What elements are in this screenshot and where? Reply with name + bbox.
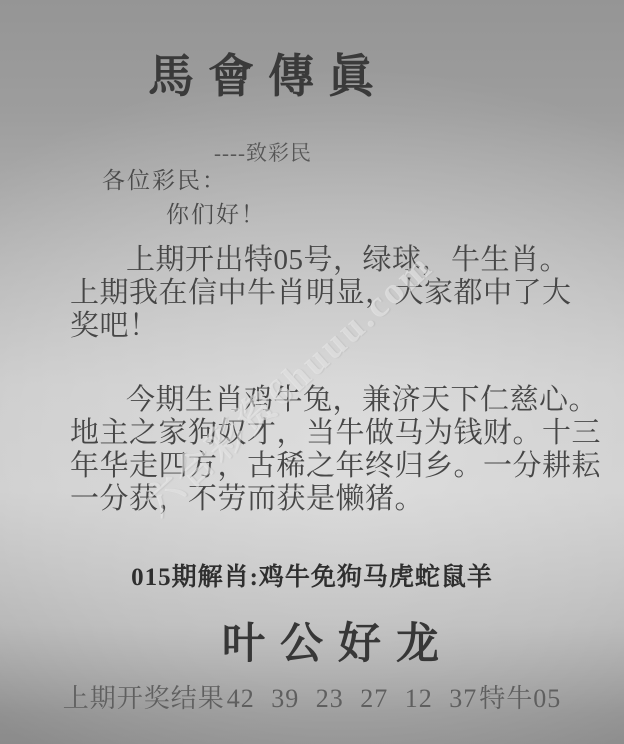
paragraph-line: 上期开出特05号，绿球，牛生肖。 [70,244,622,277]
paragraph-line: 地主之家狗奴才，当牛做马为钱财。十三 [70,417,622,450]
salutation-line: 各位彩民： [102,162,227,195]
last-draw-result-line: 上期开奖结果42 39 23 27 12 37特牛05 [0,678,624,715]
paragraph-line: 今期生肖鸡牛兔，兼济天下仁慈心。 [70,384,622,417]
page-title: 馬會傳眞 [0,40,580,106]
dedication-line: ----致彩民 [214,137,312,167]
idiom-line: 叶公好龙 [26,610,624,671]
fax-document-page: 馬會傳眞 ----致彩民 各位彩民： 你们好！ 上期开出特05号，绿球，牛生肖。… [0,0,624,744]
result-numbers: 42 39 23 27 12 37 [227,684,478,713]
result-special: 特牛05 [479,684,561,713]
result-prefix: 上期开奖结果 [63,684,225,713]
issue-zodiac-solution-line: 015期解肖:鸡牛免狗马虎蛇鼠羊 [0,557,624,593]
greeting-line: 你们好！ [166,196,266,229]
